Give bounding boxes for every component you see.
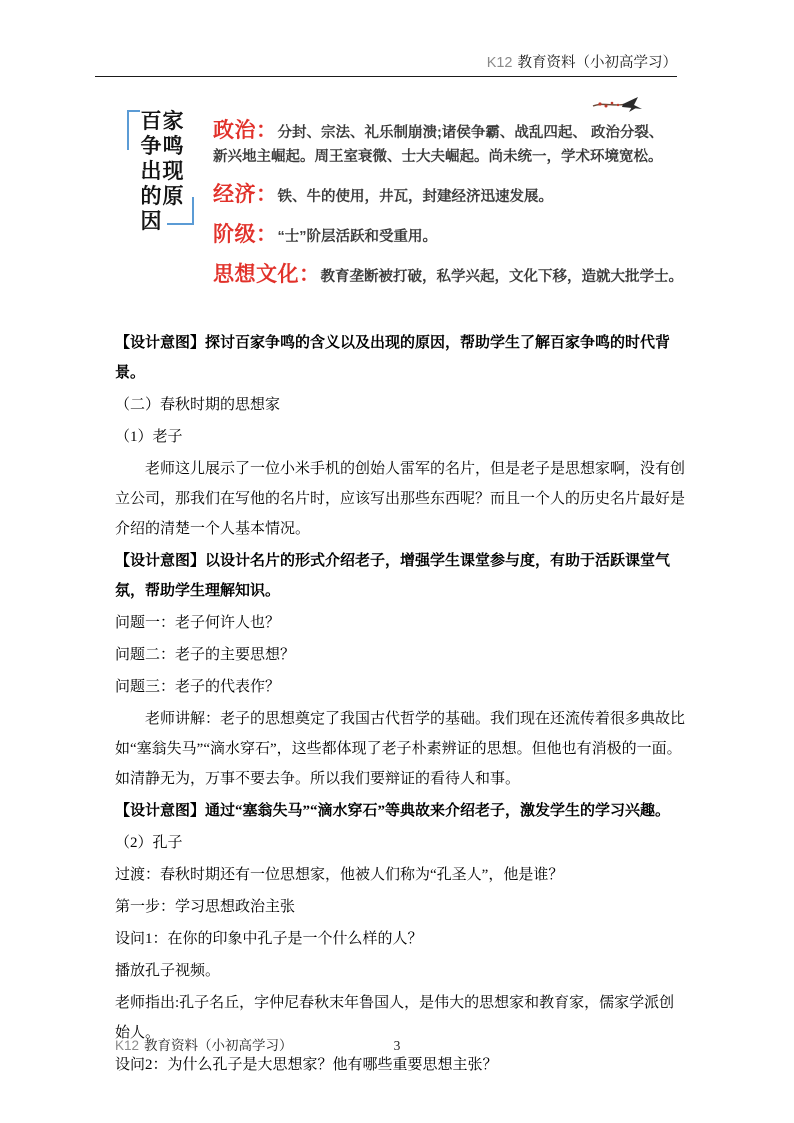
page-header: K12教育资料（小初高学习） [95, 54, 677, 77]
cause-label: 阶级： [213, 223, 278, 246]
title-char: 鸣 [162, 134, 184, 159]
design-intent-paragraph: 【设计意图】探讨百家争鸣的含义以及出现的原因，帮助学生了解百家争鸣的时代背景。 [115, 328, 685, 388]
question-line: 问题一：老子何许人也？ [115, 608, 685, 638]
figure-row-economy: 经济：铁、牛的使用，井瓦，封建经济迅速发展。 [213, 183, 695, 209]
subsection-heading: （1）老子 [115, 422, 685, 452]
figure-row-politics: 政治：分封、宗法、礼乐制崩溃;诸侯争霸、战乱四起、 政治分裂、 新兴地主崛起。周… [213, 119, 695, 169]
design-intent-paragraph: 【设计意图】通过“塞翁失马”“滴水穿石”等典故来介绍老子，激发学生的学习兴趣。 [115, 796, 685, 826]
document-page: K12教育资料（小初高学习） 百 家 争 鸣 出 现 的 原 因 [0, 0, 794, 1123]
transition-line: 过渡：春秋时期还有一位思想家，他被人们称为“孔圣人”，他是谁？ [115, 860, 685, 890]
title-char: 原 [162, 184, 184, 209]
cause-text: 铁、牛的使用，井瓦，封建经济迅速发展。 [278, 189, 554, 205]
teacher-narration: 老师这儿展示了一位小米手机的创始人雷军的名片，但是老子是思想家啊，没有创立公司，… [115, 454, 685, 544]
document-body: 【设计意图】探讨百家争鸣的含义以及出现的原因，帮助学生了解百家争鸣的时代背景。 … [115, 328, 685, 1082]
design-intent-paragraph: 【设计意图】以设计名片的形式介绍老子，增强学生课堂参与度，有助于活跃课堂气氛，帮… [115, 546, 685, 606]
causes-figure: 百 家 争 鸣 出 现 的 原 因 政治：分封、宗法、礼乐制崩溃;诸侯争霸、战乱… [115, 93, 695, 303]
figure-row-class: 阶级：“士”阶层活跃和受重用。 [213, 223, 695, 249]
figure-cause-list: 政治：分封、宗法、礼乐制崩溃;诸侯争霸、战乱四起、 政治分裂、 新兴地主崛起。周… [213, 119, 695, 303]
question-line: 问题三：老子的代表作？ [115, 672, 685, 702]
header-brand: K12 [487, 55, 513, 71]
title-char: 出 [140, 159, 162, 184]
title-char: 的 [140, 184, 162, 209]
page-footer: K12教育资料（小初高学习） 3 [115, 1036, 679, 1056]
subsection-heading: （2）孔子 [115, 828, 685, 858]
cause-text: 教育垄断被打破，私学兴起，文化下移，造就大批学士。 [321, 269, 684, 285]
page-number: 3 [115, 1036, 679, 1056]
title-char: 因 [140, 209, 162, 234]
teacher-explanation: 老师讲解：老子的思想奠定了我国古代哲学的基础。我们现在还流传着很多典故比如“塞翁… [115, 704, 685, 794]
cause-text: 分封、宗法、礼乐制崩溃;诸侯争霸、战乱四起、 政治分裂、 新兴地主崛起。周王室衰… [213, 125, 663, 165]
title-char: 现 [162, 159, 184, 184]
cause-text: “士”阶层活跃和受重用。 [278, 229, 438, 245]
header-title: 教育资料（小初高学习） [518, 55, 678, 71]
activity-line: 播放孔子视频。 [115, 956, 685, 986]
title-char: 家 [162, 109, 184, 134]
section-heading: （二）春秋时期的思想家 [115, 390, 685, 420]
cause-label: 经济： [213, 183, 278, 206]
title-char: 百 [140, 109, 162, 134]
title-char: 争 [140, 134, 162, 159]
question-line: 问题二：老子的主要思想？ [115, 640, 685, 670]
bracket-top-left-icon [127, 110, 140, 150]
question-line: 设问1：在你的印象中孔子是一个什么样的人？ [115, 924, 685, 954]
cause-label: 政治： [213, 119, 278, 142]
cause-label: 思想文化： [213, 263, 321, 286]
bird-decoration-icon [589, 93, 645, 115]
step-heading: 第一步：学习思想政治主张 [115, 892, 685, 922]
figure-row-culture: 思想文化：教育垄断被打破，私学兴起，文化下移，造就大批学士。 [213, 263, 695, 289]
figure-vertical-title: 百 家 争 鸣 出 现 的 原 因 [140, 109, 184, 234]
